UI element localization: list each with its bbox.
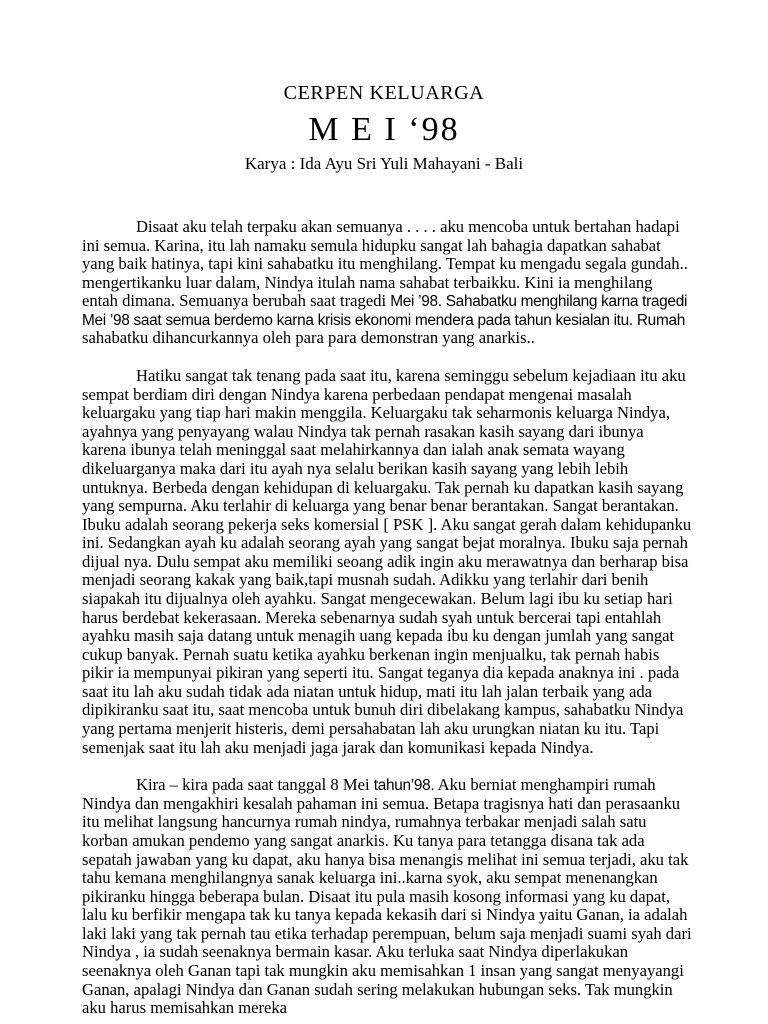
text-segment: tahun’98. xyxy=(374,777,435,794)
text-segment: Aku berniat menghampiri rumah Nindya dan… xyxy=(82,775,692,1017)
paragraph-2: Hatiku sangat tak tenang pada saat itu, … xyxy=(82,367,692,757)
story-body: Disaat aku telah terpaku akan semuanya .… xyxy=(82,218,692,1018)
document-page: CERPEN KELUARGA M E I ‘98 Karya : Ida Ay… xyxy=(0,0,768,1024)
text-segment: Kira – kira pada saat tanggal 8 Mei xyxy=(136,775,374,794)
paragraph-1: Disaat aku telah terpaku akan semuanya .… xyxy=(82,218,692,348)
story-category: CERPEN KELUARGA xyxy=(0,82,768,105)
paragraph-3: Kira – kira pada saat tanggal 8 Mei tahu… xyxy=(82,776,692,1018)
text-segment: Hatiku sangat tak tenang pada saat itu, … xyxy=(82,366,691,757)
text-segment: sahabatku dihancurkannya oleh para para … xyxy=(82,328,535,347)
story-title: M E I ‘98 xyxy=(0,111,768,149)
story-author: Karya : Ida Ayu Sri Yuli Mahayani - Bali xyxy=(0,154,768,174)
story-header: CERPEN KELUARGA M E I ‘98 Karya : Ida Ay… xyxy=(0,0,768,174)
